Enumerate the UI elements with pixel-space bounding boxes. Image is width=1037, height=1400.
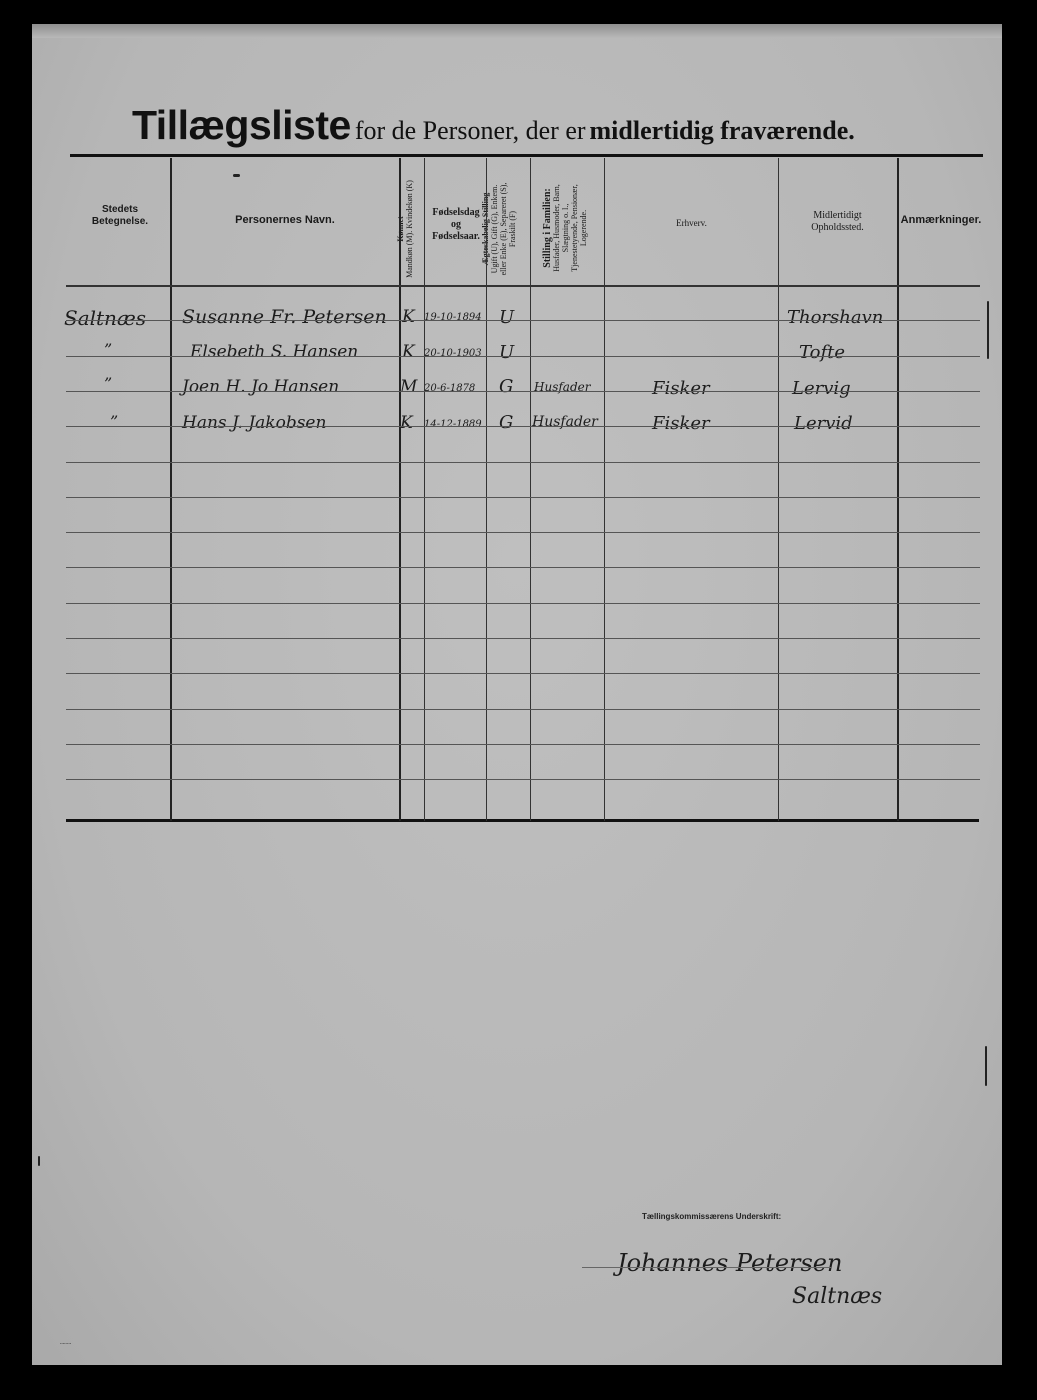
header-familie-line4: Tjenestetyende, Pensionær, (570, 169, 579, 287)
column-divider (778, 158, 779, 821)
cell-kjon: K (402, 342, 415, 362)
header-opholdssted-line2: Opholdssted. (778, 222, 897, 234)
row-rule (66, 779, 980, 780)
header-erhverv-text: Erhverv. (605, 217, 778, 229)
header-stedets-line2: Betegnelse. (70, 216, 170, 228)
row-rule (66, 603, 980, 604)
cell-opholdssted: Tofte (799, 342, 845, 363)
header-familie-line1: Stilling i Familien: (543, 169, 552, 287)
row-rule (66, 391, 980, 392)
cell-fodsel: 20-6-1878 (424, 383, 475, 394)
header-fodsel-line3: Fødselsaar. (425, 231, 487, 243)
page-edge-shadow (32, 24, 1002, 38)
header-navn: Personernes Navn. (170, 214, 400, 226)
cell-fodsel: 20-10-1903 (424, 348, 482, 359)
header-navn-text: Personernes Navn. (170, 214, 400, 226)
cell-opholdssted: Thorshavn (787, 307, 883, 328)
header-anmaerkninger-text: Anmærkninger. (897, 214, 985, 226)
header-familie-line5: Logerende. (579, 169, 588, 287)
signature-place: Saltnæs (792, 1284, 882, 1309)
header-fodsel-line2: og (425, 219, 487, 231)
header-familie: Stilling i Familien: Husfader, Husmoder,… (543, 169, 591, 287)
row-rule (66, 356, 980, 357)
row-rule (66, 532, 980, 533)
header-familie-line3: Slægtning o. l., (561, 169, 570, 287)
header-stedets: Stedets Betegnelse. (70, 204, 170, 228)
header-familie-line2: Husfader, Husmoder, Barn, (552, 169, 561, 287)
header-erhverv: Erhverv. (605, 217, 778, 229)
header-fodsel: Fødselsdag og Fødselsaar. (425, 207, 487, 243)
cell-erhverv: Fisker (652, 413, 710, 434)
cell-aegteskab: G (499, 412, 513, 433)
ink-dash-mark (233, 174, 240, 177)
header-aegteskab-line3: eller Enke (E), Separeret (S), (499, 170, 508, 288)
cell-kjon: K (402, 307, 415, 327)
title-subtitle: for de Personer, der er (355, 116, 586, 145)
form-title: Tillægsliste for de Personer, der er mid… (132, 102, 982, 149)
header-anmaerkninger: Anmærkninger. (897, 214, 985, 226)
cell-navn: Hans J. Jakobsen (182, 413, 326, 433)
cell-fodsel: 14-12-1889 (424, 419, 482, 430)
header-kjon-line2: Mandkøn (M). Kvindekøn (K) (405, 173, 414, 285)
header-opholdssted-line1: Midlertidigt (778, 210, 897, 222)
row-rule (66, 673, 980, 674)
cell-stedets: Saltnæs (64, 306, 146, 330)
cell-kjon: M (400, 377, 417, 397)
row-rule (66, 638, 980, 639)
cell-navn: Joen H. Jo Hansen (182, 377, 339, 397)
header-opholdssted: Midlertidigt Opholdssted. (778, 210, 897, 234)
header-aegteskab-line4: Fraskilt (F) (508, 170, 517, 288)
column-divider (424, 158, 425, 821)
title-subtitle-bold: midlertidig fraværende. (590, 116, 855, 145)
cell-aegteskab: U (499, 342, 514, 363)
census-form-page: Tillægsliste for de Personer, der er mid… (32, 24, 1002, 1365)
title-main: Tillægsliste (132, 102, 351, 148)
column-divider (897, 158, 899, 821)
row-rule (66, 567, 980, 568)
edge-ink-mark (38, 1156, 40, 1166)
signature-label: Tællingskommissærens Underskrift: (642, 1212, 781, 1221)
header-stedets-line1: Stedets (70, 204, 170, 216)
cell-erhverv: Fisker (652, 378, 710, 399)
column-divider (486, 158, 487, 821)
cell-navn: Susanne Fr. Petersen (182, 306, 387, 328)
edge-ink-mark (987, 301, 989, 359)
column-divider (170, 158, 172, 821)
cell-opholdssted: Lervid (794, 413, 853, 434)
cell-opholdssted: Lervig (792, 378, 851, 399)
cell-fodsel: 19-10-1894 (424, 312, 482, 323)
cell-aegteskab: G (499, 376, 513, 397)
signature-line (582, 1267, 832, 1268)
row-rule (66, 462, 980, 463)
row-rule (66, 497, 980, 498)
signature-name: Johannes Petersen (617, 1249, 842, 1277)
printer-mark: ........ (60, 1340, 71, 1346)
table-top-rule (70, 154, 983, 157)
table-bottom-rule (66, 819, 979, 822)
cell-stedets: ” (110, 412, 118, 431)
cell-navn: Elsebeth S. Hansen (190, 342, 358, 362)
edge-ink-mark (985, 1046, 987, 1086)
row-rule (66, 744, 980, 745)
cell-familie: Husfader (532, 414, 598, 430)
row-rule (66, 426, 980, 427)
column-divider (604, 158, 605, 821)
row-rule (66, 709, 980, 710)
row-rule (66, 320, 980, 321)
header-bottom-rule (66, 285, 980, 287)
cell-aegteskab: U (499, 307, 514, 328)
column-divider (530, 158, 531, 821)
cell-kjon: K (400, 413, 413, 433)
header-fodsel-line1: Fødselsdag (425, 207, 487, 219)
header-aegteskab-line2: Ugift (U), Gift (G), Enkem. (490, 170, 499, 288)
column-divider (399, 158, 401, 821)
